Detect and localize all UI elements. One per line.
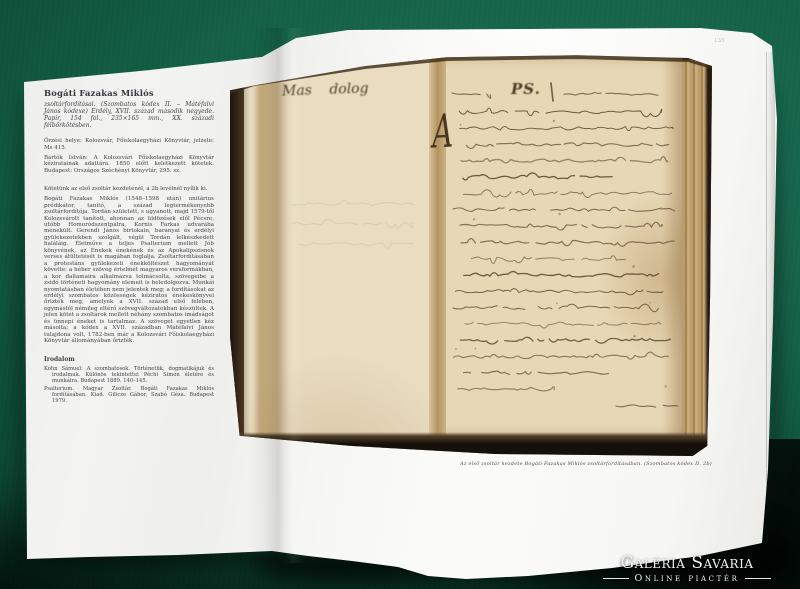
watermark-rule-right <box>745 578 771 579</box>
watermark-title: Galéria Savaria <box>582 554 792 572</box>
catalog-note: Bartók István: A Kolozsvári Főiskolaegyh… <box>44 155 214 174</box>
provenance-note: Őrzési helye: Kolozsvár, Főiskolaegyházi… <box>44 138 214 151</box>
watermark-rule-left <box>603 578 629 579</box>
entry-subtitle: zsoltárfordításai. (Szombatos kódex II. … <box>44 101 214 129</box>
literature-entry: Psalterium. Magyar Zsoltár. Bogáti Fazak… <box>44 386 214 404</box>
watermark-subtitle-row: Online piactér <box>582 573 792 584</box>
body-paragraph: Bogáti Fazakas Miklós (1548–1598 után) u… <box>44 196 214 344</box>
illuminated-initial: A <box>432 103 454 158</box>
left-page-text-column: 134 Bogáti Fazakas Miklós zsoltárfordítá… <box>44 68 214 406</box>
book-photograph-scene: { "left_page": { "page_number": "134", "… <box>0 0 800 589</box>
literature-heading: Irodalom <box>44 356 214 363</box>
manuscript-left-heading: Mas dolog <box>282 80 369 99</box>
watermark-subtitle: Online piactér <box>635 573 740 584</box>
entry-title: Bogáti Fazakas Miklós <box>44 88 214 98</box>
watermark: Galéria Savaria Online piactér <box>582 554 792 584</box>
handwriting-ink <box>230 54 712 458</box>
literature-entry: Kohn Sámuel: A szombatosok. Történetük, … <box>44 366 214 384</box>
plate-caption: Az első zsoltár kezdete Bogáti Fazakas M… <box>452 461 720 467</box>
open-book: 134 Bogáti Fazakas Miklós zsoltárfordítá… <box>0 0 800 589</box>
psalm-header: PS. <box>511 80 541 98</box>
manuscript-photo: Mas dolog PS. A <box>230 54 712 458</box>
body-intro-line: Kötetünk az első zsoltár kezdeténél, a 2… <box>44 186 214 192</box>
right-page-number: 135 <box>714 38 725 44</box>
